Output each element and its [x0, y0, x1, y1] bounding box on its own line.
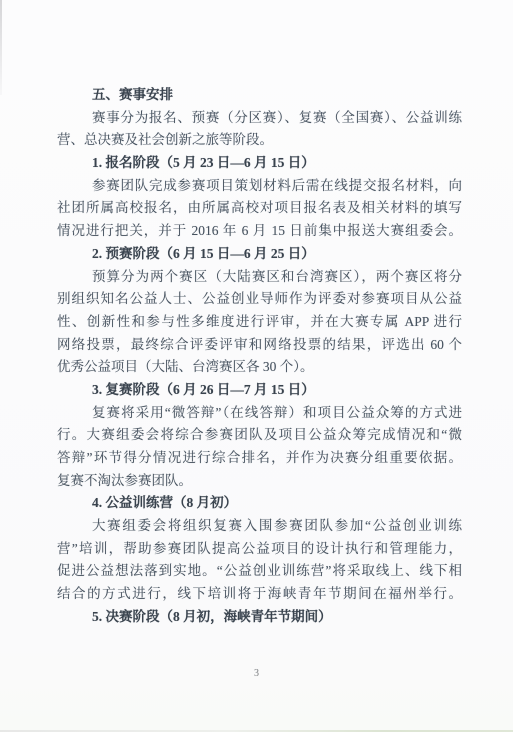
text-line: 大赛组委会将组织复赛入围参赛团队参加“公益创业训练	[57, 515, 462, 538]
text-line: 复赛不淘汰参赛团队。	[57, 470, 462, 493]
text-line: 赛事分为报名、预赛（分区赛）、复赛（全国赛）、公益训练	[57, 107, 462, 130]
text-line: 结合的方式进行，线下培训将于海峡青年节期间在福州举行。	[57, 583, 462, 606]
numbered-heading: 5. 决赛阶段（8 月初，海峡青年节期间）	[57, 606, 462, 629]
text-line: 营”培训，帮助参赛团队提高公益项目的设计执行和管理能力，	[57, 538, 462, 561]
text-line: 答辩”环节得分情况进行综合排名，并作为决赛分组重要依据。	[57, 447, 462, 470]
text-line: 复赛将采用“微答辩”（在线答辩）和项目公益众筹的方式进	[57, 402, 462, 425]
text-line: 行。大赛组委会将综合参赛团队及项目公益众筹完成情况和“微	[57, 424, 462, 447]
scanned-document-page: 五、赛事安排赛事分为报名、预赛（分区赛）、复赛（全国赛）、公益训练营、总决赛及社…	[0, 0, 513, 732]
page-number: 3	[0, 668, 513, 679]
scan-artifact-left-edge	[0, 0, 2, 95]
text-line: 别组织知名公益人士、公益创业导师作为评委对参赛项目从公益	[57, 288, 462, 311]
text-line: 预算分为两个赛区（大陆赛区和台湾赛区），两个赛区将分	[57, 266, 462, 289]
document-body: 五、赛事安排赛事分为报名、预赛（分区赛）、复赛（全国赛）、公益训练营、总决赛及社…	[57, 84, 462, 629]
numbered-heading: 3. 复赛阶段（6 月 26 日—7 月 15 日）	[57, 379, 462, 402]
numbered-heading: 1. 报名阶段（5 月 23 日—6 月 15 日）	[57, 152, 462, 175]
text-line: 情况进行把关，并于 2016 年 6 月 15 日前集中报送大赛组委会。	[57, 220, 462, 243]
text-line: 性、创新性和参与性多维度进行评审，并在大赛专属 APP 进行	[57, 311, 462, 334]
text-line: 促进公益想法落到实地。“公益创业训练营”将采取线上、线下相	[57, 560, 462, 583]
text-line: 网络投票，最终综合评委评审和网络投票的结果，评选出 60 个	[57, 334, 462, 357]
text-line: 社团所属高校报名，由所属高校对项目报名表及相关材料的填写	[57, 197, 462, 220]
text-line: 参赛团队完成参赛项目策划材料后需在线提交报名材料，向	[57, 175, 462, 198]
section-title: 五、赛事安排	[57, 84, 462, 107]
text-line: 优秀公益项目（大陆、台湾赛区各 30 个）。	[57, 356, 462, 379]
numbered-heading: 4. 公益训练营（8 月初）	[57, 492, 462, 515]
text-line: 营、总决赛及社会创新之旅等阶段。	[57, 129, 462, 152]
numbered-heading: 2. 预赛阶段（6 月 15 日—6 月 25 日）	[57, 243, 462, 266]
